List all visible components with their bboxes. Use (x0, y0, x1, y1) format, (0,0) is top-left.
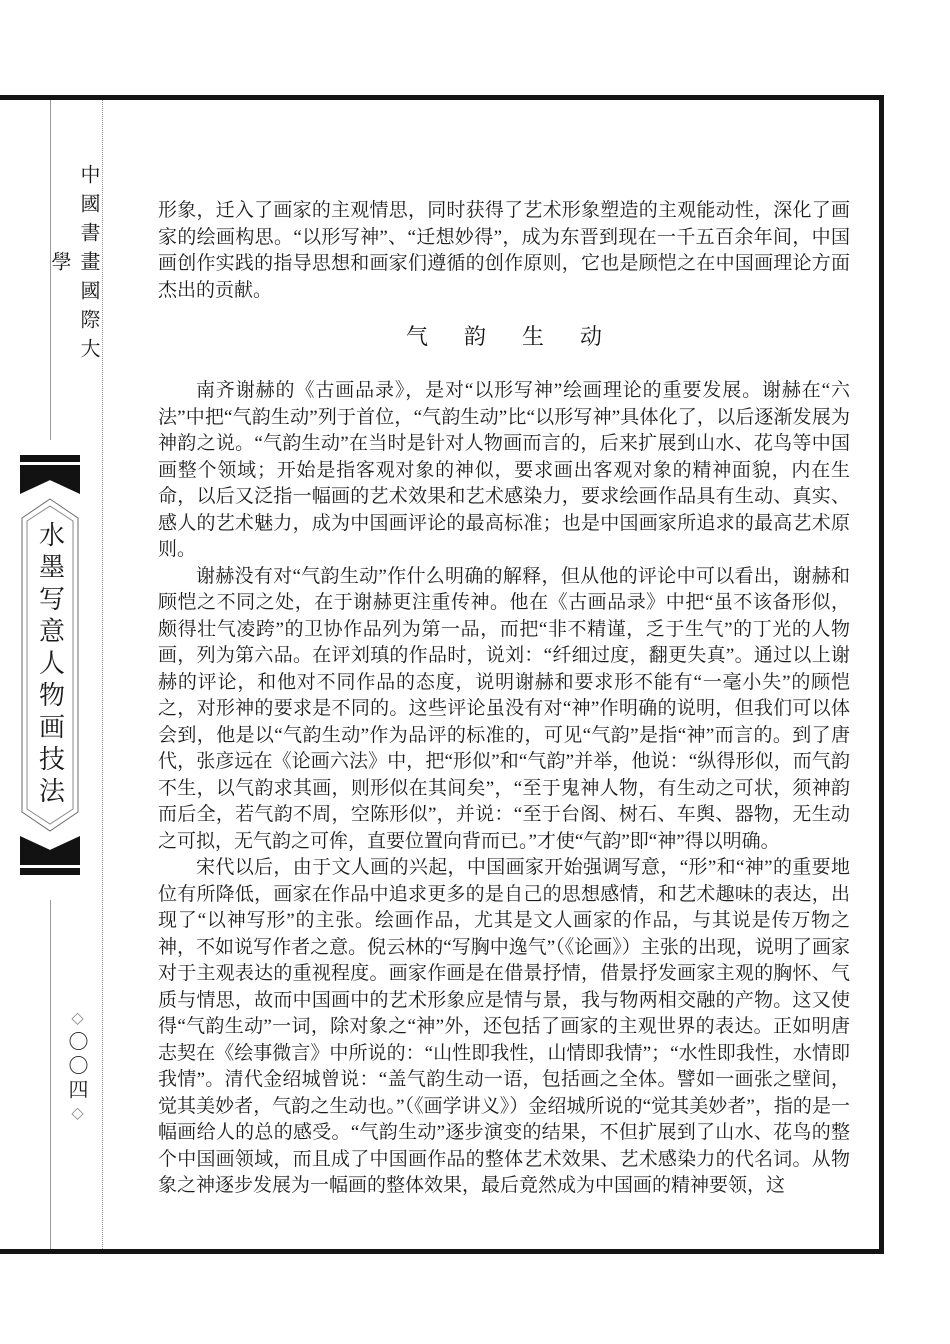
section-heading-text: 气韵生动 (406, 322, 638, 352)
university-title-text: 中國書畫國際大學 (45, 150, 103, 380)
article-body: 形象，迁入了画家的主观情思，同时获得了艺术形象塑造的主观能动性，深化了画家的绘画… (158, 198, 850, 1200)
series-title-vertical: 水墨写意人物画技法 (20, 513, 80, 817)
university-title-vertical: 中國書畫國際大學 (50, 150, 103, 380)
section-heading: 气韵生动 (158, 322, 850, 352)
folio-number: 〇〇四 (65, 1031, 87, 1103)
body-paragraph-1: 南齐谢赫的《古画品录》，是对“以形写神”绘画理论的重要发展。谢赫在“六法”中把“… (158, 378, 850, 564)
intro-paragraph: 形象，迁入了画家的主观情思，同时获得了艺术形象塑造的主观能动性，深化了画家的绘画… (158, 198, 850, 304)
frame-top-rule (0, 95, 884, 100)
ribbon-bottom-bar (20, 868, 80, 875)
ribbon-top-swallowtail (20, 465, 80, 494)
frame-bottom-rule (0, 1249, 884, 1254)
folio-page-number: ◇〇〇四◇ (50, 1002, 103, 1132)
book-page: 中國書畫國際大學 水墨写意人物画技法 ◇〇〇四◇ 形象，迁入了画家的主观情思，同… (0, 0, 950, 1344)
ribbon-bottom-swallowtail (20, 836, 80, 865)
ribbon-hexagon-frame: 水墨写意人物画技法 (20, 497, 80, 833)
ribbon-top-bar (20, 455, 80, 462)
body-paragraph-3: 宋代以后，由于文人画的兴起，中国画家开始强调写意，“形”和“神”的重要地位有所降… (158, 855, 850, 1200)
body-paragraph-2: 谢赫没有对“气韵生动”作什么明确的解释，但从他的评论中可以看出，谢赫和顾恺之不同… (158, 564, 850, 856)
series-ribbon-banner: 水墨写意人物画技法 (20, 455, 80, 875)
folio-diamond-bottom-icon: ◇ (68, 1103, 85, 1126)
frame-right-rule (879, 95, 884, 1254)
folio-diamond-top-icon: ◇ (68, 1008, 85, 1031)
series-title-text: 水墨写意人物画技法 (32, 521, 69, 809)
